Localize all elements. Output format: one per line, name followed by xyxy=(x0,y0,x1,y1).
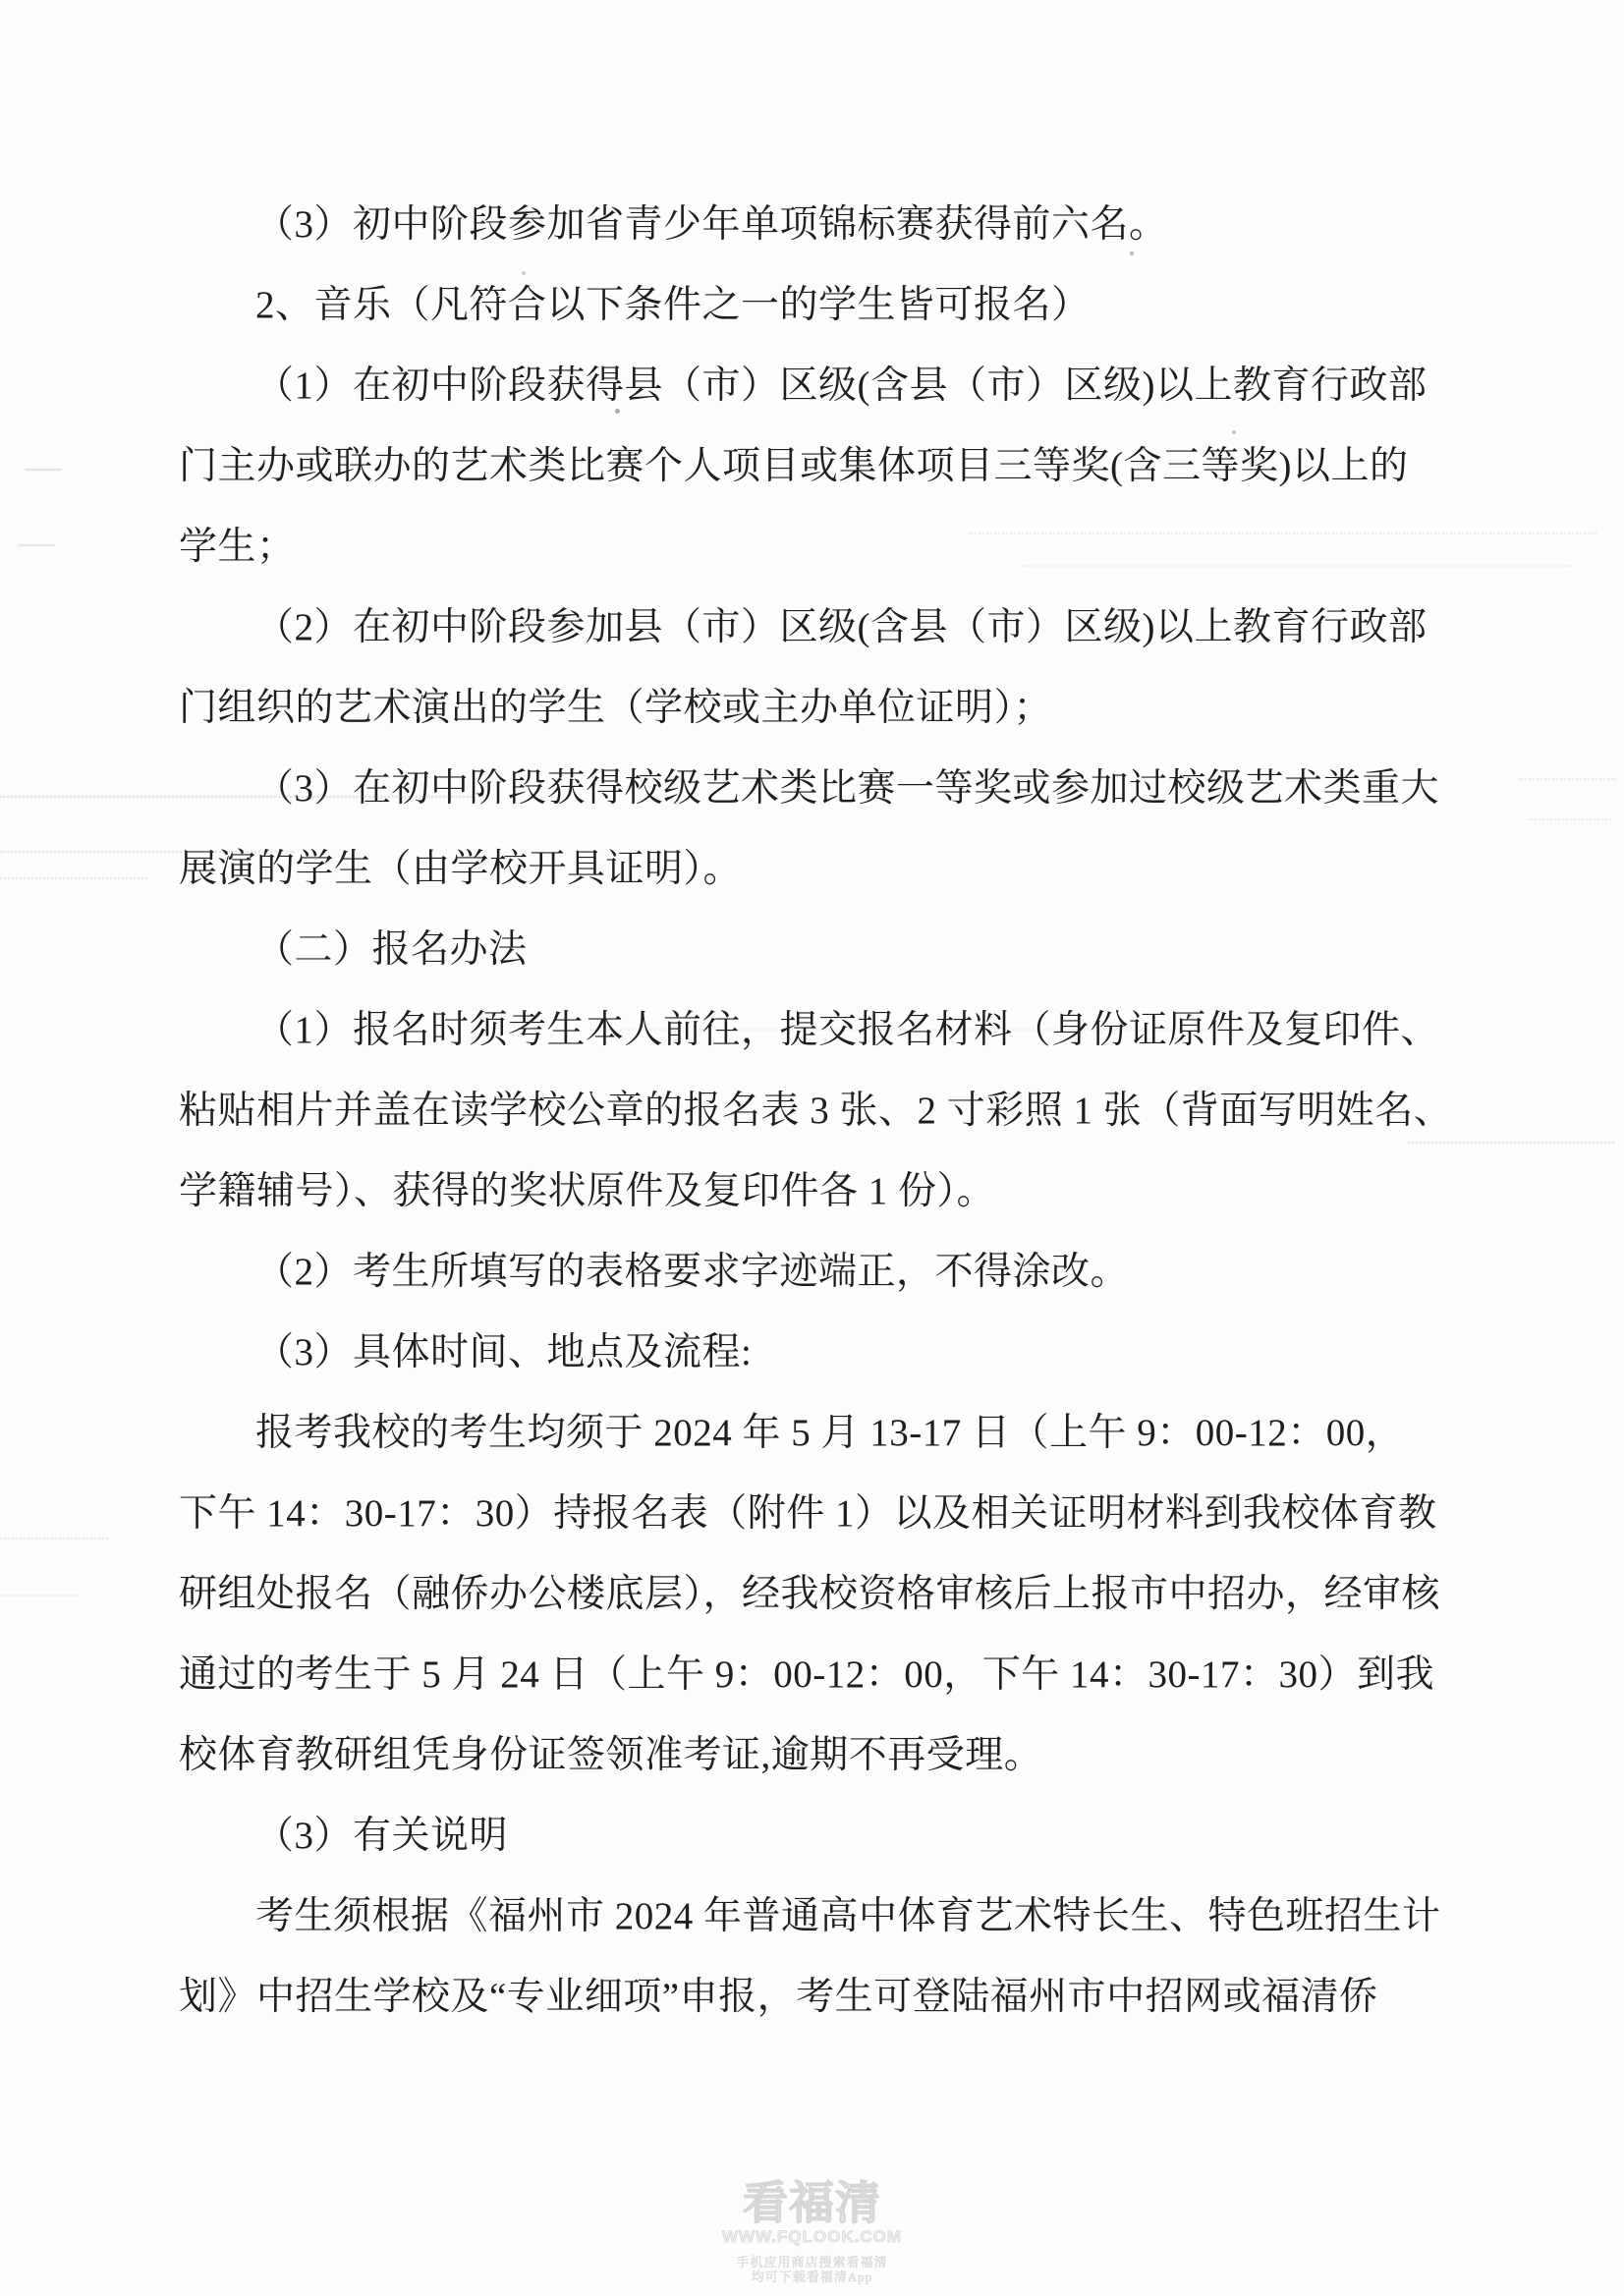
watermark: 看福清 WWW.FQLOOK.COM 手机应用商店搜索看福清 均可下载看福清Ap… xyxy=(0,2180,1624,2284)
scan-artifact xyxy=(18,544,55,546)
text-line: （3）初中阶段参加省青少年单项锦标赛获得前六名。 xyxy=(179,185,1448,265)
scan-artifact xyxy=(0,1538,108,1540)
text-line: （二）报名办法 xyxy=(179,910,1448,990)
text-line: 粘贴相片并盖在读学校公章的报名表 3 张、2 寸彩照 1 张（背面写明姓名、 xyxy=(179,1071,1448,1151)
scan-artifact xyxy=(0,1595,79,1596)
watermark-note-line: 均可下载看福清App xyxy=(0,2269,1624,2284)
text-line: 门主办或联办的艺术类比赛个人项目或集体项目三等奖(含三等奖)以上的 xyxy=(179,426,1448,507)
text-line: 展演的学生（由学校开具证明）。 xyxy=(179,829,1448,910)
text-line: 2、音乐（凡符合以下条件之一的学生皆可报名） xyxy=(179,265,1448,346)
text-line: 门组织的艺术演出的学生（学校或主办单位证明）； xyxy=(179,668,1448,749)
text-line: 考生须根据《福州市 2024 年普通高中体育艺术特长生、特色班招生计 xyxy=(179,1876,1448,1957)
text-line: （3）具体时间、地点及流程: xyxy=(179,1313,1448,1393)
watermark-url: WWW.FQLOOK.COM xyxy=(0,2229,1624,2245)
scan-artifact xyxy=(0,877,147,879)
text-line: （1）报名时须考生本人前往，提交报名材料（身份证原件及复印件、 xyxy=(179,990,1448,1071)
text-line: （1）在初中阶段获得县（市）区级(含县（市）区级)以上教育行政部 xyxy=(179,346,1448,426)
text-line: （3）在初中阶段获得校级艺术类比赛一等奖或参加过校级艺术类重大 xyxy=(179,749,1448,829)
scanned-document-page: （3）初中阶段参加省青少年单项锦标赛获得前六名。 2、音乐（凡符合以下条件之一的… xyxy=(0,0,1624,2296)
text-line: 通过的考生于 5 月 24 日（上午 9：00-12：00，下午 14：30-1… xyxy=(179,1635,1448,1715)
text-line: 研组处报名（融侨办公楼底层），经我校资格审核后上报市中招办，经审核 xyxy=(179,1554,1448,1635)
text-line: 校体育教研组凭身份证签领准考证,逾期不再受理。 xyxy=(179,1715,1448,1796)
document-body: （3）初中阶段参加省青少年单项锦标赛获得前六名。 2、音乐（凡符合以下条件之一的… xyxy=(179,185,1448,2038)
watermark-logo-text: 看福清 xyxy=(0,2180,1624,2227)
text-line: 学生； xyxy=(179,507,1448,588)
text-line: 下午 14：30-17：30）持报名表（附件 1）以及相关证明材料到我校体育教 xyxy=(179,1474,1448,1554)
text-line: 报考我校的考生均须于 2024 年 5 月 13-17 日（上午 9：00-12… xyxy=(179,1393,1448,1474)
text-line: 划》中招生学校及“专业细项”申报，考生可登陆福州市中招网或福清侨 xyxy=(179,1957,1448,2038)
text-line: （3）有关说明 xyxy=(179,1796,1448,1876)
scan-artifact xyxy=(1518,778,1616,780)
scan-artifact xyxy=(1528,818,1611,820)
scan-artifact xyxy=(25,469,62,471)
watermark-note-line: 手机应用商店搜索看福清 xyxy=(0,2255,1624,2269)
text-line: （2）在初中阶段参加县（市）区级(含县（市）区级)以上教育行政部 xyxy=(179,588,1448,668)
text-line: 学籍辅号）、获得的奖状原件及复印件各 1 份）。 xyxy=(179,1151,1448,1232)
text-line: （2）考生所填写的表格要求字迹端正，不得涂改。 xyxy=(179,1232,1448,1313)
